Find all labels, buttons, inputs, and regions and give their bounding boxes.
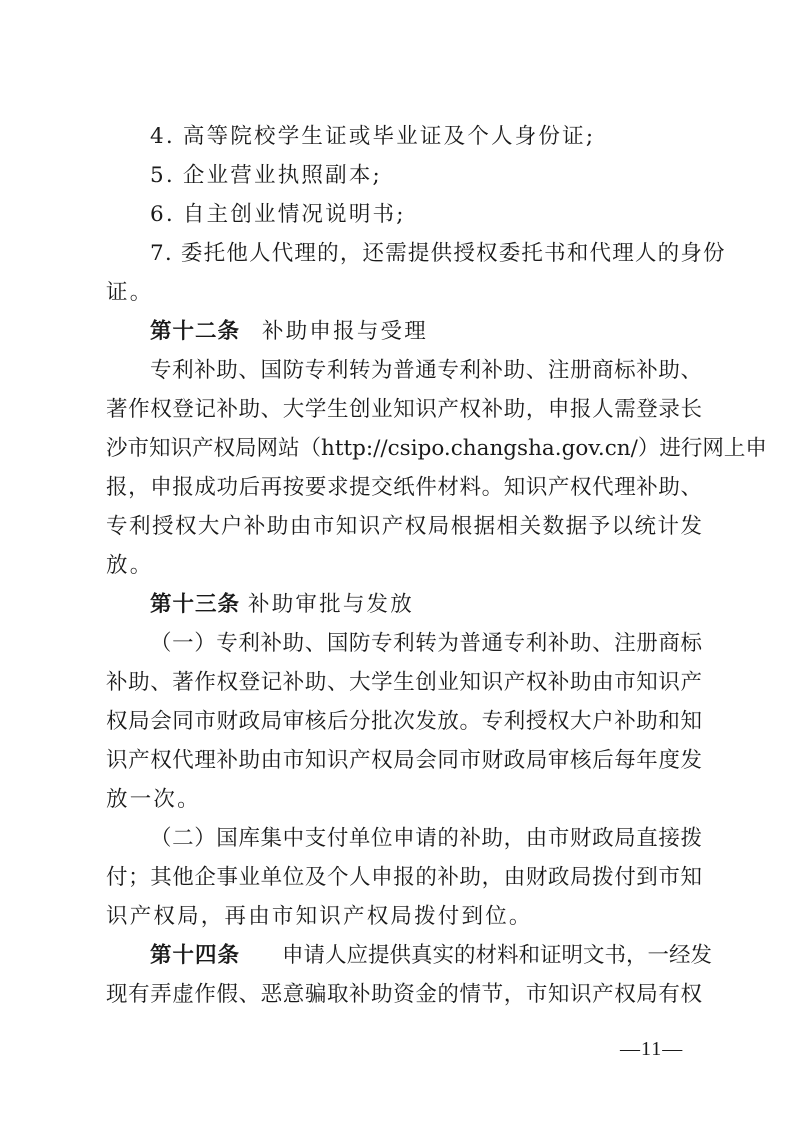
article-13-heading: 第十三条补助审批与发放: [106, 590, 702, 620]
paragraph-line: 权局会同市财政局审核后分批次发放。专利授权大户补助和知: [106, 707, 702, 737]
article-14-heading: 第十四条申请人应提供真实的材料和证明文书，一经发: [106, 941, 702, 971]
item-text: 企业营业执照副本;: [183, 163, 382, 188]
article-number: 第十三条: [150, 592, 240, 617]
item-number: 7.: [150, 241, 173, 266]
article-number: 第十二条: [150, 319, 240, 344]
item-text: 委托他人代理的，还需提供授权委托书和代理人的身份: [181, 241, 726, 266]
paragraph-line: 专利授权大户补助由市知识产权局根据相关数据予以统计发: [106, 512, 702, 542]
paragraph-line: 付；其他企事业单位及个人申报的补助，由财政局拨付到市知: [106, 863, 702, 893]
article-12-heading: 第十二条补助申报与受理: [106, 317, 702, 347]
paragraph-line: 补助、著作权登记补助、大学生创业知识产权补助由市知识产: [106, 668, 702, 698]
page-number: —11—: [620, 1036, 683, 1062]
item-text: 自主创业情况说明书;: [183, 202, 406, 227]
list-item-7: 7.委托他人代理的，还需提供授权委托书和代理人的身份: [106, 239, 702, 269]
item-number: 6.: [150, 202, 175, 227]
paragraph-line: 放。: [106, 551, 702, 581]
paragraph-line: （二）国库集中支付单位申请的补助，由市财政局直接拨: [106, 824, 702, 854]
list-item-5: 5.企业营业执照副本;: [106, 161, 702, 191]
list-item-6: 6.自主创业情况说明书;: [106, 200, 702, 230]
item-number: 4.: [150, 124, 175, 149]
item-number: 5.: [150, 163, 175, 188]
article-text: 申请人应提供真实的材料和证明文书，一经发: [282, 941, 702, 971]
list-item-7-cont: 证。: [106, 278, 702, 308]
paragraph-line: 现有弄虚作假、恶意骗取补助资金的情节，市知识产权局有权: [106, 980, 702, 1010]
paragraph-line: 识产权局，再由市知识产权局拨付到位。: [106, 902, 702, 932]
paragraph-line: 识产权代理补助由市知识产权局会同市财政局审核后每年度发: [106, 746, 702, 776]
paragraph-line: 著作权登记补助、大学生创业知识产权补助，申报人需登录长: [106, 395, 702, 425]
article-number: 第十四条: [150, 941, 240, 971]
paragraph-line: 沙市知识产权局网站（http://csipo.changsha.gov.cn/）…: [106, 434, 702, 464]
paragraph-line: （一）专利补助、国防专利转为普通专利补助、注册商标: [106, 629, 702, 659]
list-item-4: 4.高等院校学生证或毕业证及个人身份证;: [106, 122, 702, 152]
paragraph-line: 专利补助、国防专利转为普通专利补助、注册商标补助、: [106, 356, 702, 386]
paragraph-line: 报，申报成功后再按要求提交纸件材料。知识产权代理补助、: [106, 473, 702, 503]
article-title: 补助审批与发放: [248, 592, 414, 617]
article-title: 补助申报与受理: [262, 319, 428, 344]
paragraph-line: 放一次。: [106, 785, 702, 815]
item-text: 高等院校学生证或毕业证及个人身份证;: [183, 124, 595, 149]
